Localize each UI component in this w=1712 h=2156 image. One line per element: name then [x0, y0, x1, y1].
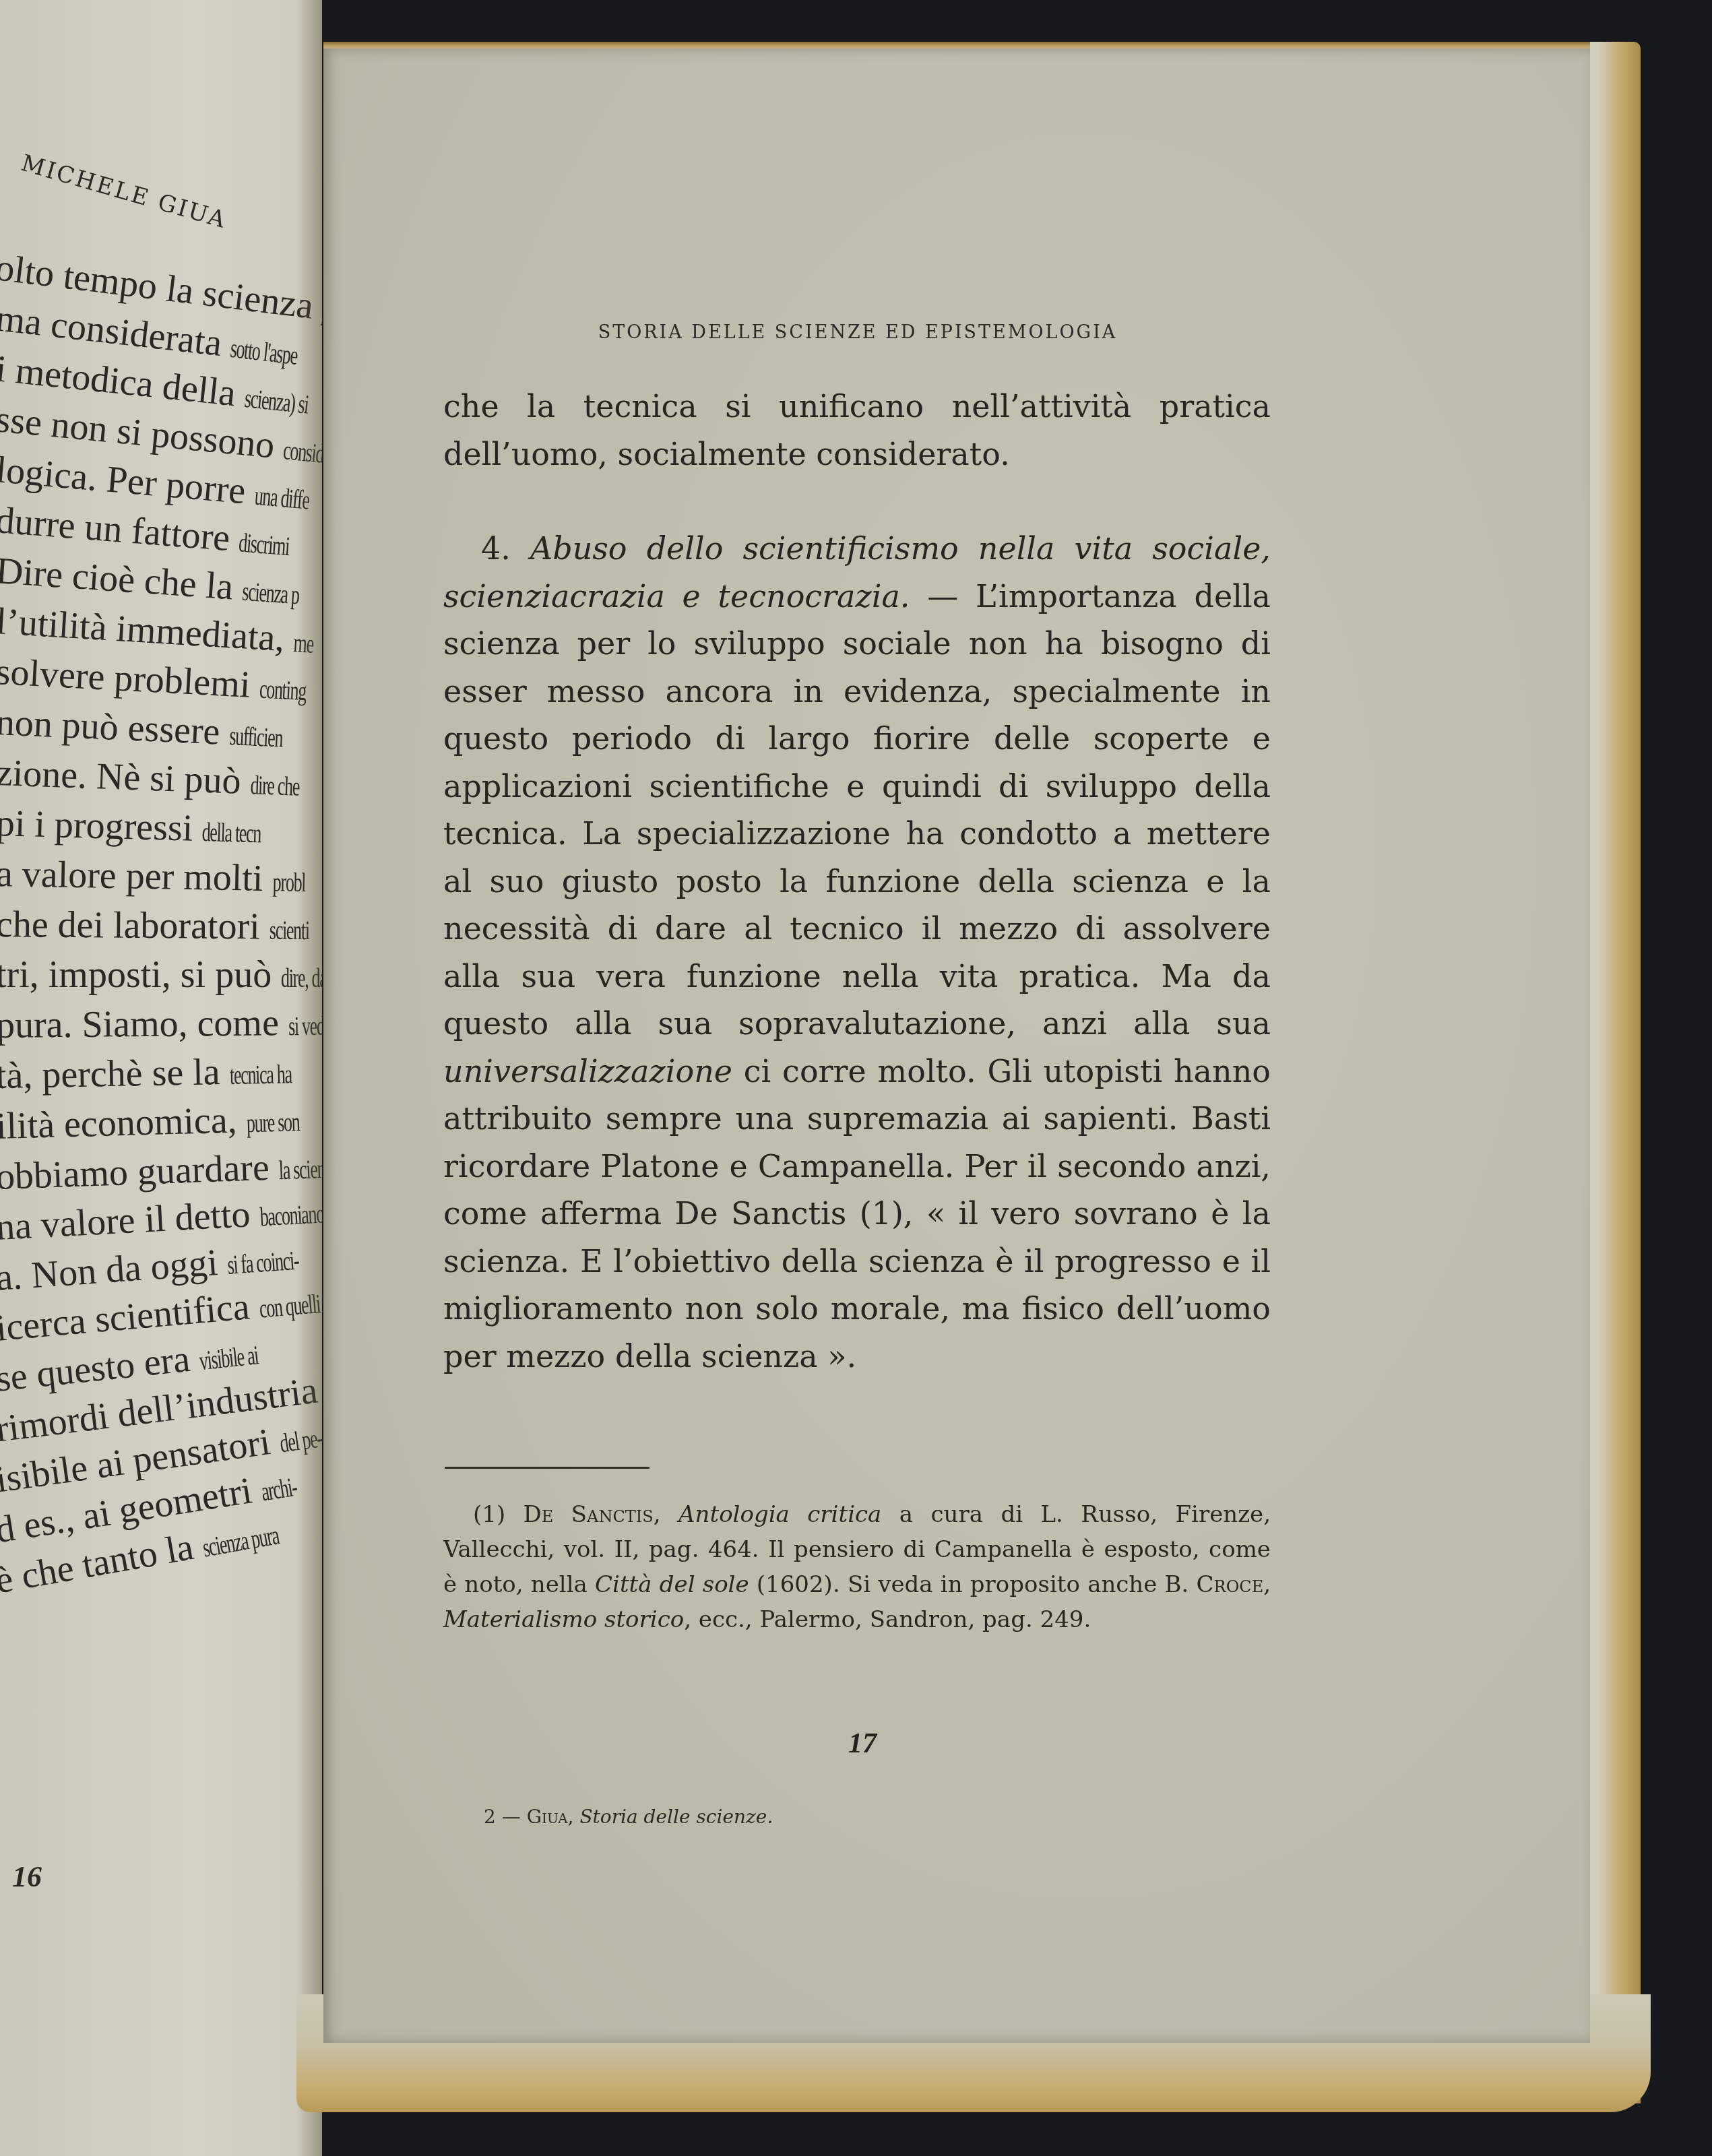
section-text-b: ci corre molto. Gli utopisti hanno attri…: [443, 1053, 1271, 1374]
footnote-text-3: , ecc., Palermo, Sandron, pag. 249.: [684, 1606, 1091, 1633]
left-line-text: tà, perchè se la: [0, 1051, 230, 1097]
section-emphasis: universalizzazione: [443, 1053, 732, 1089]
section-text-a: L’importanza della scienza per lo svilup…: [443, 578, 1271, 1042]
left-line-text: non può essere: [0, 701, 230, 753]
paragraph-continuation: che la tecnica si unificano nell’attivit…: [443, 383, 1271, 478]
left-line-compressed-tail: archi-: [259, 1471, 299, 1508]
printer-signature: 2 — Giua, Storia delle scienze.: [484, 1806, 773, 1828]
left-line-compressed-tail: scienza p: [241, 575, 300, 611]
footnote-author-2: Croce: [1197, 1571, 1264, 1598]
left-page-line: tri, imposti, si può dire, dal: [0, 953, 322, 996]
left-page-line: ilità economica, pure son: [0, 1096, 322, 1148]
footnote-work-2: Città del sole: [595, 1571, 749, 1598]
left-line-compressed-tail: scienza pura: [200, 1519, 281, 1564]
left-line-compressed-tail: visibile ai: [198, 1339, 260, 1376]
left-line-text: che dei laboratori: [0, 903, 270, 948]
left-page-line: a valore per molti probl: [0, 852, 322, 901]
footnote-work-1: Antologia critica: [678, 1501, 881, 1528]
left-page-line: zione. Nè si può dire che: [0, 751, 322, 806]
left-line-text: pura. Siamo, come: [0, 1002, 288, 1046]
footnote-text-2: (1602). Si veda in proposito anche B.: [749, 1571, 1197, 1598]
left-page: MICHELE GIUA olto tempo la scienza puram…: [0, 0, 322, 2156]
left-line-text: solvere problemi: [0, 651, 261, 706]
left-page-number: 16: [12, 1860, 42, 1894]
left-line-text: tri, imposti, si può: [0, 954, 281, 996]
right-page-number: 17: [842, 1727, 883, 1760]
left-page-line: pi i progressi della tecn: [0, 802, 293, 853]
left-page-line: non può essere sufficien: [0, 701, 312, 757]
left-line-compressed-tail: pure son: [246, 1106, 300, 1139]
footnote: (1) De Sanctis, Antologia critica a cura…: [443, 1497, 1271, 1637]
left-line-text: obbiamo guardare: [0, 1146, 280, 1198]
body-text: che la tecnica si unificano nell’attivit…: [443, 383, 1271, 1380]
signature-number: 2 —: [484, 1806, 527, 1828]
signature-title: Storia delle scienze.: [579, 1806, 773, 1828]
signature-author: Giua: [527, 1806, 568, 1828]
left-line-compressed-tail: discrimi: [238, 526, 290, 562]
footnote-sep: ,: [654, 1501, 678, 1528]
left-line-compressed-tail: dire che: [250, 769, 300, 802]
right-running-head: STORIA DELLE SCIENZE ED EPISTEMOLOGIA: [578, 322, 1137, 343]
section-dash: —: [910, 578, 976, 614]
footnote-sep: ,: [1263, 1571, 1271, 1598]
left-line-text: Dire cioè che la: [0, 550, 244, 608]
left-line-compressed-tail: sufficien: [228, 720, 283, 753]
section-paragraph: 4. Abuso dello scientificismo nella vita…: [443, 525, 1271, 1380]
section-number: 4.: [481, 530, 511, 567]
left-page-line: obbiamo guardare la scienza: [0, 1143, 322, 1199]
left-line-compressed-tail: si fa coinci-: [226, 1244, 300, 1281]
footnote-marker: (1): [473, 1501, 524, 1528]
signature-sep: ,: [568, 1806, 580, 1828]
left-page-line: che dei laboratori scienti: [0, 903, 322, 949]
left-running-head: MICHELE GIUA: [18, 150, 230, 234]
footnote-work-3: Materialismo storico: [443, 1606, 684, 1633]
gutter-shadow: [296, 0, 322, 2156]
left-page-line: pura. Siamo, come si vede: [0, 1001, 322, 1047]
left-page-line: tà, perchè se la tecnica ha: [0, 1048, 322, 1098]
footnote-author-1: De Sanctis: [524, 1501, 654, 1528]
left-line-compressed-tail: tecnica ha: [229, 1058, 291, 1091]
left-line-compressed-tail: della tecn: [202, 816, 262, 849]
left-line-text: ilità economica,: [0, 1099, 247, 1147]
left-line-text: zione. Nè si può: [0, 752, 251, 802]
footnote-rule: [445, 1467, 649, 1469]
left-line-text: pi i progressi: [0, 802, 203, 850]
left-line-text: a valore per molti: [0, 853, 273, 899]
left-line-compressed-tail: sotto l'aspe: [229, 332, 299, 371]
